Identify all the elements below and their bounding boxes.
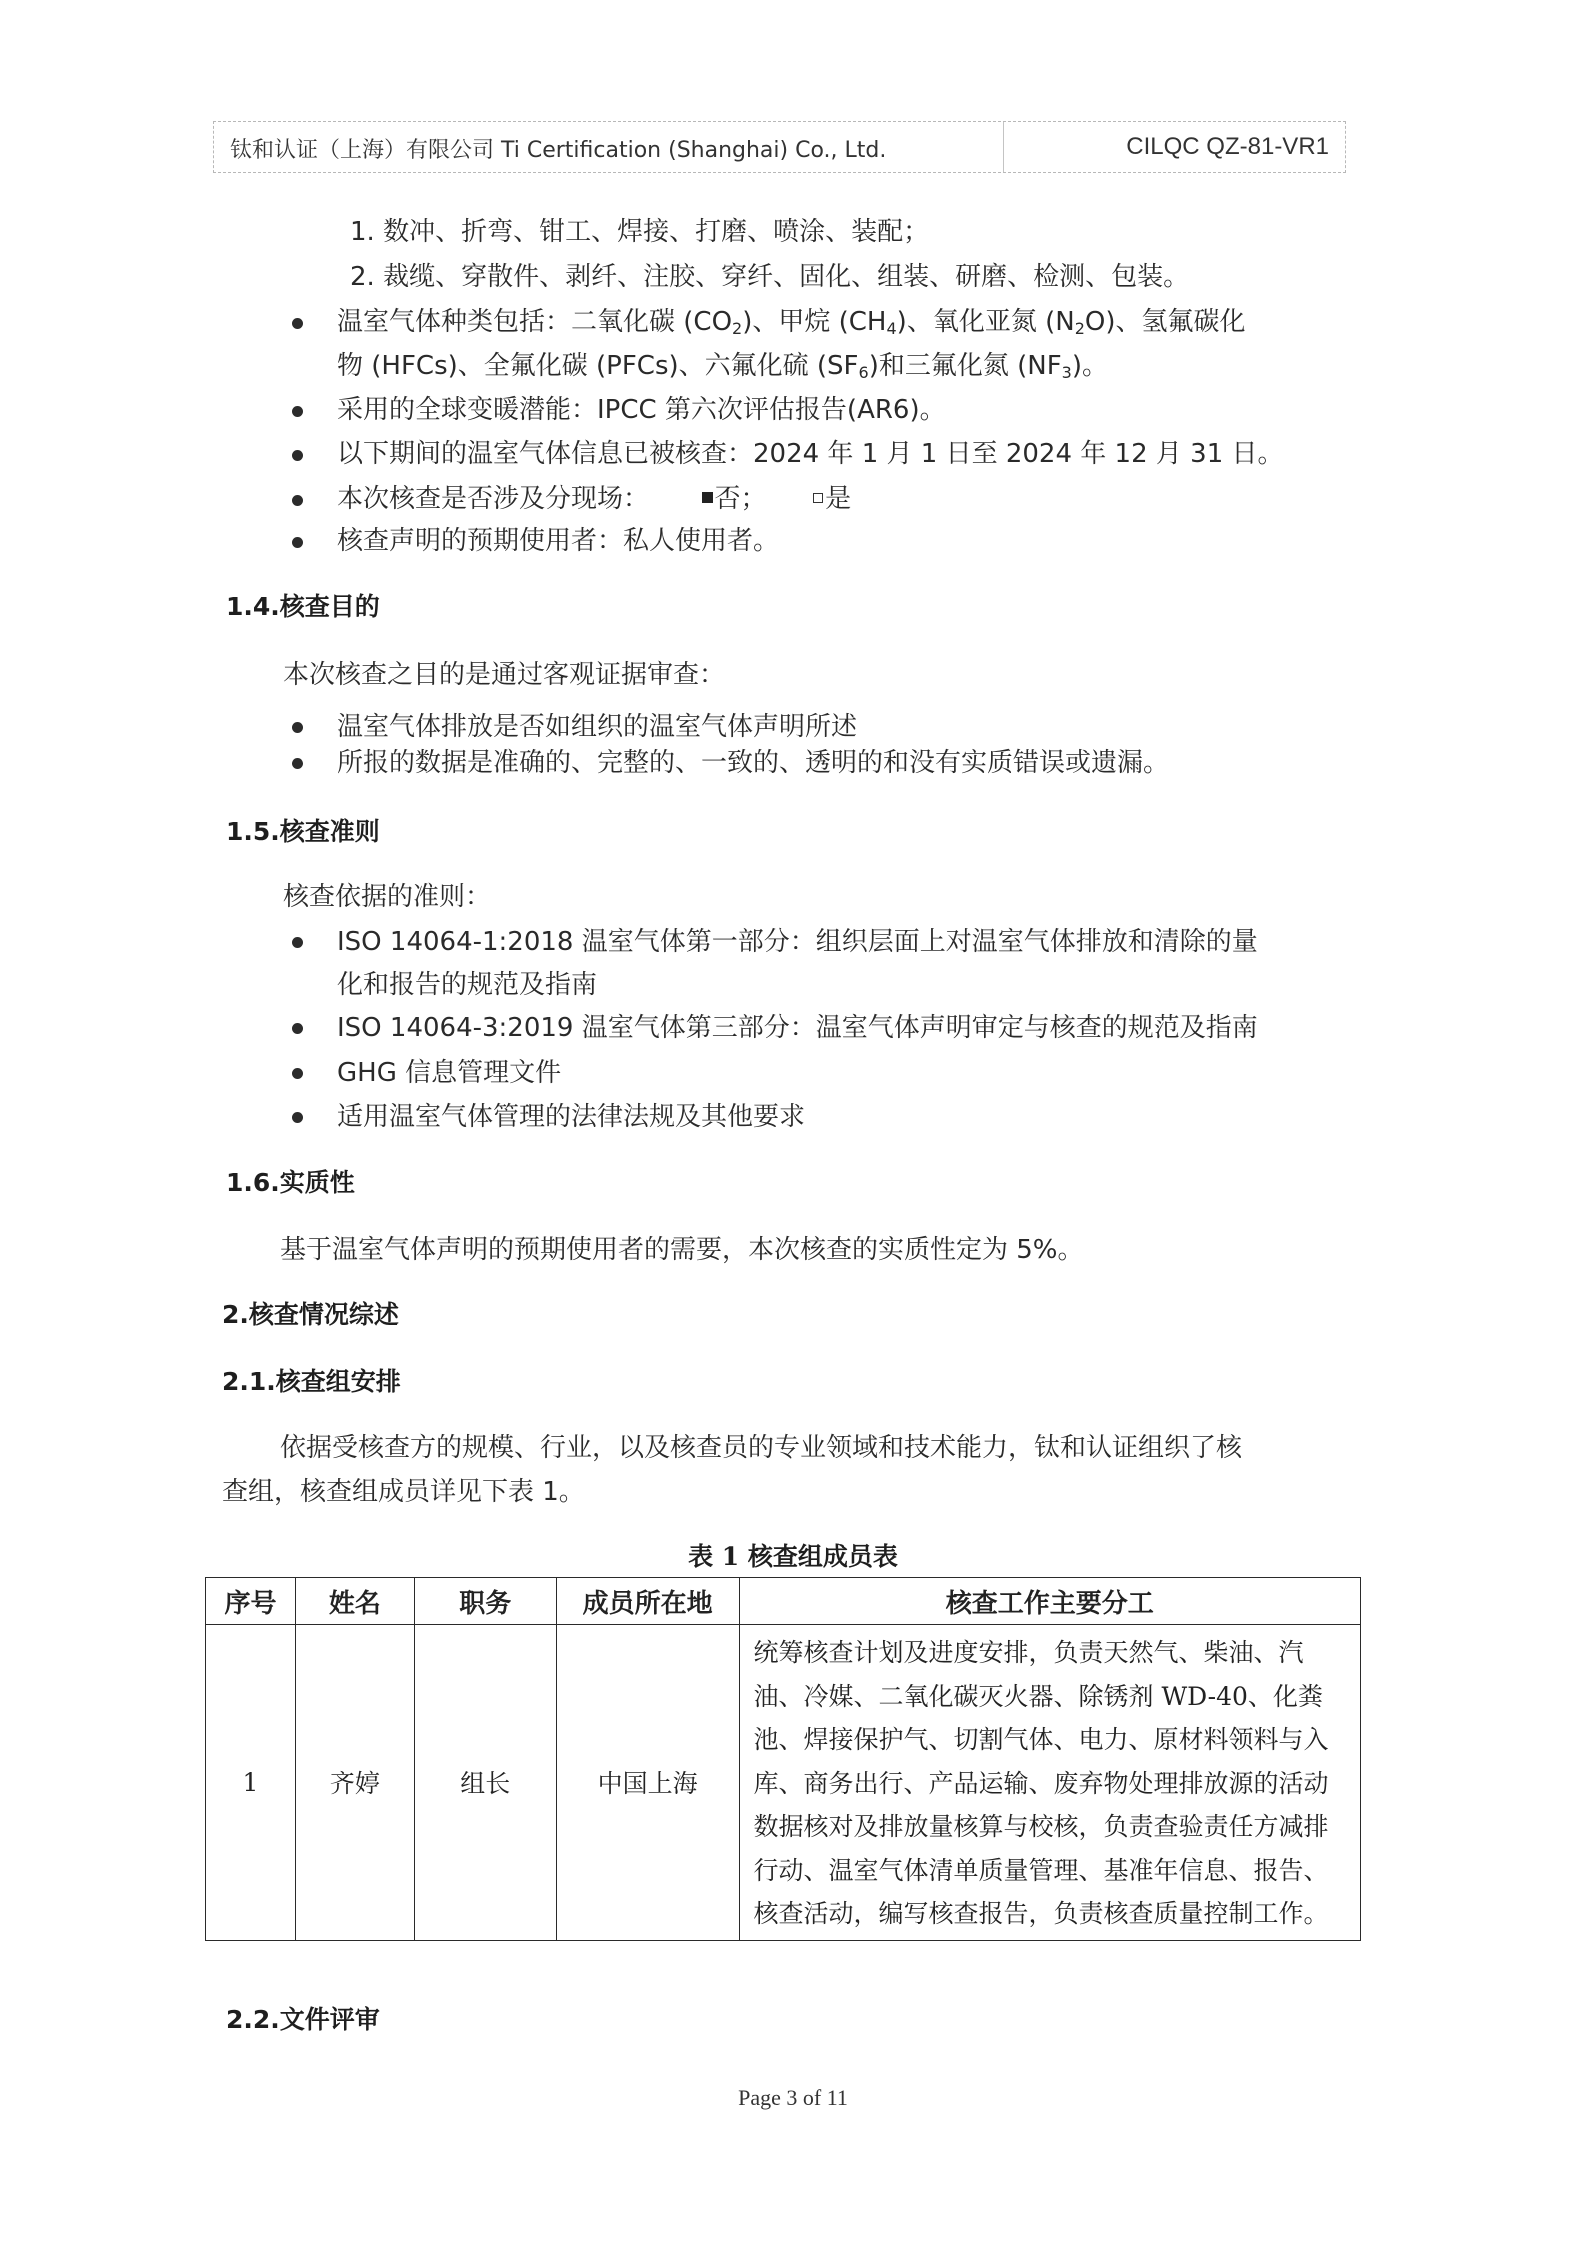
bullet-icon	[292, 722, 303, 733]
site-visit-no-label: 否；	[715, 484, 767, 514]
criteria-item-4: 适用温室气体管理的法律法规及其他要求	[337, 1101, 805, 1133]
gwp-text: 采用的全球变暖潜能：IPCC 第六次评估报告(AR6)。	[337, 394, 946, 426]
team-arrangement-line1: 依据受核查方的规模、行业，以及核查员的专业领域和技术能力，钛和认证组织了核	[280, 1432, 1242, 1464]
objective-intro: 本次核查之目的是通过客观证据审查：	[283, 659, 725, 691]
subscript: 2	[1075, 319, 1085, 338]
bullet-icon	[292, 1068, 303, 1079]
site-visit-yes-label: 是	[825, 484, 851, 514]
column-header-no: 序号	[206, 1578, 296, 1625]
column-header-role: 职务	[414, 1578, 556, 1625]
criteria-item-1-cont: 化和报告的规范及指南	[337, 969, 597, 1001]
period-text: 以下期间的温室气体信息已被核查：2024 年 1 月 1 日至 2024 年 1…	[337, 438, 1284, 470]
criteria-intro: 核查依据的准则：	[283, 881, 491, 913]
document-code: CILQC QZ-81-VR1	[1126, 133, 1329, 161]
bullet-icon	[292, 537, 303, 548]
bullet-icon	[292, 495, 303, 506]
header-divider	[1003, 122, 1004, 172]
table-header-row: 序号 姓名 职务 成员所在地 核查工作主要分工	[206, 1578, 1361, 1625]
section-heading-1-6: 1.6.实质性	[226, 1167, 355, 1199]
cell-no: 1	[206, 1625, 296, 1941]
process-item-2: 2. 裁缆、穿散件、剥纤、注胶、穿纤、固化、组装、研磨、检测、包装。	[350, 261, 1189, 293]
section-heading-1-4: 1.4.核查目的	[226, 591, 380, 623]
bullet-icon	[292, 1112, 303, 1123]
section-heading-2-1: 2.1.核查组安排	[222, 1366, 401, 1398]
page-number: Page 3 of 11	[0, 2085, 1586, 2111]
bullet-icon	[292, 937, 303, 948]
text: 物 (HFCs)、全氟化碳 (PFCs)、六氟化硫 (SF	[337, 351, 859, 381]
text: 温室气体种类包括：二氧化碳 (CO	[337, 307, 732, 337]
ghg-types-line1: 温室气体种类包括：二氧化碳 (CO2)、甲烷 (CH4)、氧化亚氮 (N2O)、…	[337, 306, 1245, 338]
column-header-duties: 核查工作主要分工	[739, 1578, 1360, 1625]
cell-role: 组长	[414, 1625, 556, 1941]
bullet-icon	[292, 318, 303, 329]
criteria-item-3: GHG 信息管理文件	[337, 1057, 561, 1089]
bullet-icon	[292, 758, 303, 769]
section-heading-1-5: 1.5.核查准则	[226, 816, 380, 848]
bullet-icon	[292, 406, 303, 417]
cell-name: 齐婷	[295, 1625, 414, 1941]
column-header-location: 成员所在地	[556, 1578, 739, 1625]
section-heading-2-2: 2.2.文件评审	[226, 2004, 380, 2036]
team-arrangement-line2: 查组，核查组成员详见下表 1。	[222, 1476, 585, 1508]
section-heading-2: 2.核查情况综述	[222, 1299, 399, 1331]
subscript: 6	[859, 363, 869, 382]
ghg-types-line2: 物 (HFCs)、全氟化碳 (PFCs)、六氟化硫 (SF6)和三氟化氮 (NF…	[337, 350, 1108, 382]
site-visit-label: 本次核查是否涉及分现场：	[337, 484, 649, 514]
text: O)、氢氟碳化	[1085, 307, 1246, 337]
checkbox-unchecked-icon[interactable]	[813, 493, 823, 503]
objective-item-1: 温室气体排放是否如组织的温室气体声明所述	[337, 711, 857, 743]
cell-duties: 统筹核查计划及进度安排，负责天然气、柴油、汽油、冷媒、二氧化碳灭火器、除锈剂 W…	[739, 1625, 1360, 1941]
cell-location: 中国上海	[556, 1625, 739, 1941]
subscript: 3	[1062, 363, 1072, 382]
column-header-name: 姓名	[295, 1578, 414, 1625]
criteria-item-1: ISO 14064-1:2018 温室气体第一部分：组织层面上对温室气体排放和清…	[337, 926, 1258, 958]
process-item-1: 1. 数冲、折弯、钳工、焊接、打磨、喷涂、装配；	[350, 216, 929, 248]
text: )。	[1072, 351, 1108, 381]
subscript: 4	[886, 319, 896, 338]
objective-item-2: 所报的数据是准确的、完整的、一致的、透明的和没有实质错误或遗漏。	[337, 747, 1169, 779]
bullet-icon	[292, 450, 303, 461]
text: )、甲烷 (CH	[742, 307, 886, 337]
table-row: 1 齐婷 组长 中国上海 统筹核查计划及进度安排，负责天然气、柴油、汽油、冷媒、…	[206, 1625, 1361, 1941]
company-name: 钛和认证（上海）有限公司 Ti Certification (Shanghai)…	[230, 133, 886, 164]
site-visit-line: 本次核查是否涉及分现场： 否； 是	[337, 483, 851, 515]
team-members-table: 序号 姓名 职务 成员所在地 核查工作主要分工 1 齐婷 组长 中国上海 统筹核…	[205, 1577, 1361, 1941]
intended-user-text: 核查声明的预期使用者：私人使用者。	[337, 525, 779, 557]
bullet-icon	[292, 1023, 303, 1034]
materiality-text: 基于温室气体声明的预期使用者的需要，本次核查的实质性定为 5%。	[280, 1234, 1084, 1266]
page-header: 钛和认证（上海）有限公司 Ti Certification (Shanghai)…	[213, 121, 1346, 173]
text: )和三氟化氮 (NF	[869, 351, 1062, 381]
criteria-item-2: ISO 14064-3:2019 温室气体第三部分：温室气体声明审定与核查的规范…	[337, 1012, 1258, 1044]
checkbox-checked-icon[interactable]	[702, 492, 713, 503]
table-caption: 表 1 核查组成员表	[0, 1537, 1586, 1573]
text: )、氧化亚氮 (N	[897, 307, 1075, 337]
subscript: 2	[732, 319, 742, 338]
